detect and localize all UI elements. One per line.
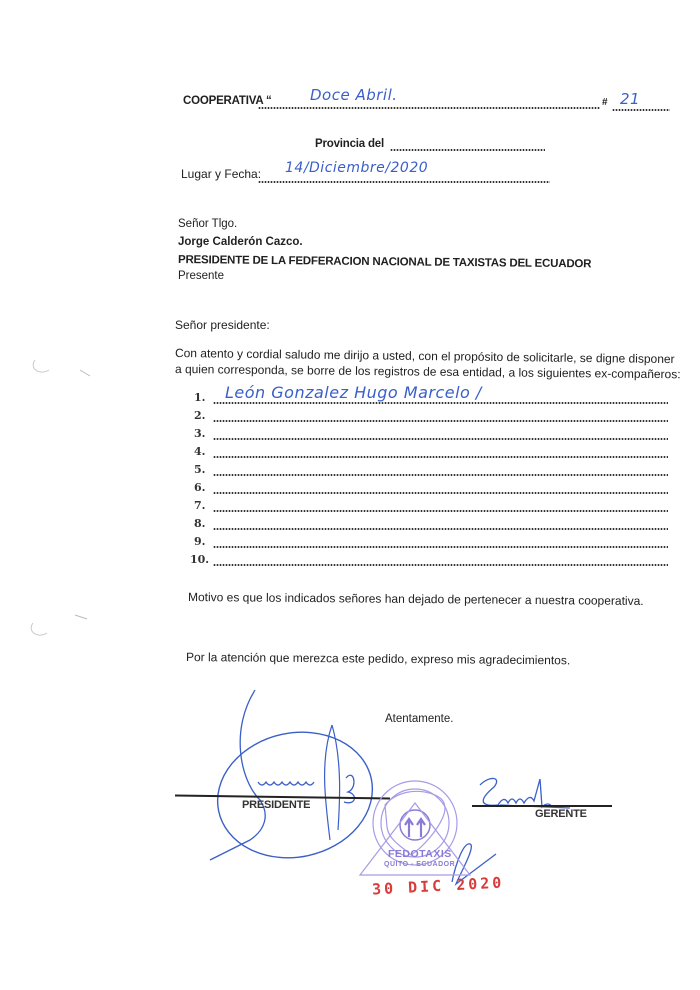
addressee-name: Jorge Calderón Cazco.	[178, 236, 303, 248]
addressee-position: PRESIDENTE DE LA FEDFERACION NACIONAL DE…	[178, 254, 591, 270]
list-item-dotted-line	[213, 402, 668, 404]
addressee-title: Señor Tlgo.	[178, 218, 237, 230]
gerente-signature-line	[472, 805, 612, 807]
stamp-org: FEDOTAXIS	[388, 848, 452, 860]
list-item-dotted-line	[213, 528, 668, 530]
list-item-number: 7.	[194, 499, 205, 512]
list-item-number: 1.	[194, 391, 205, 404]
list-item-dotted-line	[213, 456, 668, 458]
lugar-fecha-label: Lugar y Fecha:	[181, 167, 261, 181]
provincia-dotted-line	[390, 149, 545, 151]
provincia-label: Provincia del	[315, 138, 384, 150]
list-item-field[interactable]: León Gonzalez Hugo Marcelo /	[225, 383, 482, 402]
list-item-dotted-line	[213, 420, 668, 422]
punch-hole-marks	[25, 345, 115, 645]
cooperativa-field[interactable]: Doce Abril.	[310, 86, 398, 104]
motivo-text: Motivo es que los indicados señores han …	[188, 590, 644, 608]
list-item-number: 5.	[194, 463, 205, 476]
list-item-number: 6.	[194, 481, 205, 494]
list-item-dotted-line	[213, 546, 668, 548]
salutation: Señor presidente:	[175, 318, 270, 332]
list-item-number: 9.	[194, 535, 205, 548]
cooperativa-dotted-line	[258, 107, 600, 109]
number-dotted-line	[612, 109, 670, 111]
stamp-location: QUITO - ECUADOR	[384, 861, 455, 868]
addressee-presente: Presente	[178, 270, 224, 282]
number-label: #	[602, 97, 607, 108]
closing-text: Por la atención que merezca este pedido,…	[186, 650, 570, 667]
lugar-fecha-dotted-line	[258, 181, 550, 183]
list-item-number: 4.	[194, 445, 205, 458]
stamp-emblem-icon	[355, 775, 480, 890]
presidente-label: PRESIDENTE	[242, 799, 310, 811]
list-item-number: 10.	[190, 553, 209, 566]
list-item-number: 3.	[194, 427, 205, 440]
list-item-dotted-line	[213, 564, 668, 566]
cooperativa-label: COOPERATIVA “	[183, 95, 272, 107]
list-item-dotted-line	[213, 474, 668, 476]
number-field[interactable]: 21	[620, 90, 640, 108]
lugar-fecha-field[interactable]: 14/Diciembre/2020	[285, 160, 428, 176]
list-item-dotted-line	[213, 510, 668, 512]
list-item-dotted-line	[213, 492, 668, 494]
list-item-number: 2.	[194, 409, 205, 422]
gerente-label: GERENTE	[535, 808, 587, 820]
fedotaxis-stamp: FEDOTAXIS QUITO - ECUADOR	[355, 775, 480, 890]
list-item-dotted-line	[213, 438, 668, 440]
list-item-number: 8.	[194, 517, 205, 530]
